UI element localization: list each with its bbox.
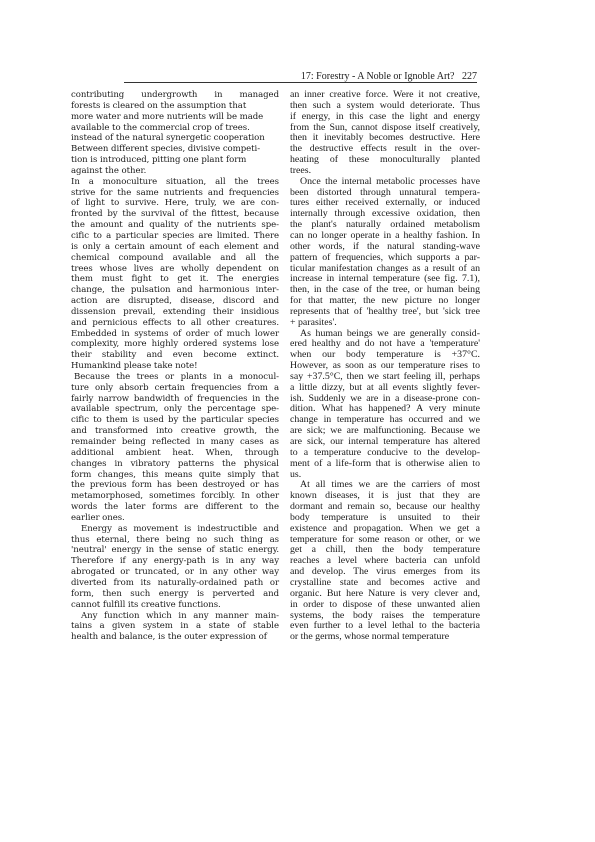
text-line: trees whose lives are wholly dependent o… [71,264,279,275]
text-line: against the other. [71,166,279,177]
text-line: metamorphosed, sometimes forcibly. In ot… [71,491,279,502]
text-line: the previous form has been destroyed or … [71,480,279,491]
text-line: a little dizzy, but at all events slight… [290,383,480,394]
text-line: Embedded in systems of order of much low… [71,329,279,340]
text-line: fairly narrow bandwidth of frequencies i… [71,394,279,405]
text-line: and pernicious effects to all other crea… [71,318,279,329]
text-line: Humankind please take note! [71,361,279,372]
text-line: forests is cleared on the assumption tha… [71,101,279,112]
text-line: tion is introduced, pitting one plant fo… [71,155,279,166]
text-line: if energy, in this case the light and en… [290,112,480,123]
page-number: 227 [462,71,477,82]
text-line: changes in vibratory patterns the physic… [71,459,279,470]
text-line: ture only absorb certain frequencies fro… [71,383,279,394]
text-line: their stability and even become extinct. [71,350,279,361]
text-line: in order to dispose of these unwanted al… [290,600,480,611]
text-line: earlier ones. [71,513,279,524]
text-line: words the later forms are different to t… [71,502,279,513]
text-line: Once the internal metabolic processes ha… [290,177,480,188]
text-line: cific to a particular species are limite… [71,231,279,242]
text-line: complexity, more highly ordered systems … [71,339,279,350]
text-line: fronted by the survival of the fittest, … [71,209,279,220]
text-line: or the germs, whose normal temperature [290,632,480,643]
text-line: abrogated or truncated, or in any other … [71,567,279,578]
text-line: the amount and quality of the nutrients … [71,220,279,231]
text-line: heating of these monoculturally planted [290,155,480,166]
text-line: more water and more nutrients will be ma… [71,112,279,123]
text-line: instead of the natural synergetic cooper… [71,133,279,144]
header-spacer [455,71,463,82]
text-line: Therefore if any energy-path is in any w… [71,556,279,567]
text-line: cific to them is used by the particular … [71,415,279,426]
text-line: dissension prevail, extending their insi… [71,307,279,318]
text-line: available spectrum, only the percentage … [71,404,279,415]
text-line: of light to survive. Here, truly, we are… [71,198,279,209]
text-line: health and balance, is the outer express… [71,632,279,643]
text-line: cannot fulfill its creative functions. [71,600,279,611]
text-line: pattern of frequencies, which supports a… [290,253,480,264]
text-line: change, the pulsation and harmonious int… [71,285,279,296]
text-line: strive for the same nutrients and freque… [71,188,279,199]
text-line: In a monoculture situation, all the tree… [71,177,279,188]
text-line: thus eternal, there being no such thing … [71,535,279,546]
text-line: Energy as movement is indestructible and [71,524,279,535]
text-line: tains a given system in a state of stabl… [71,621,279,632]
text-line: available to the commercial crop of tree… [71,123,279,134]
text-line: form, then such energy is perverted and [71,589,279,600]
text-line: form changes, this means quite simply th… [71,470,279,481]
text-line: chemical compound available and all the [71,253,279,264]
text-line: + parasites'. [290,318,480,329]
text-line: and transformed into creative growth, th… [71,426,279,437]
text-line: diverted from its naturally-ordained pat… [71,578,279,589]
text-line: existence and propagation. When we get a [290,524,480,535]
text-line: 'neutral' energy in the sense of static … [71,545,279,556]
running-header: 17: Forestry - A Noble or Ignoble Art? 2… [124,71,477,83]
left-column: contributing undergrowth in managedfores… [71,90,279,643]
text-line: Because the trees or plants in a monocul… [71,372,279,383]
text-line: action are disrupted, disease, discord a… [71,296,279,307]
text-line: Between different species, divisive comp… [71,144,279,155]
text-line: ment of a life-form that is otherwise al… [290,459,480,470]
text-line: additional ambient heat. When, through [71,448,279,459]
text-line: them must fight to get it. The energies [71,274,279,285]
text-line: Any function which in any manner main- [71,611,279,622]
text-line: is only a certain amount of each element… [71,242,279,253]
text-line: remainder being reflected in many cases … [71,437,279,448]
right-column: an inner creative force. Were it not cre… [290,90,480,643]
chapter-title: 17: Forestry - A Noble or Ignoble Art? [301,71,455,82]
text-line: contributing undergrowth in managed [71,90,279,101]
